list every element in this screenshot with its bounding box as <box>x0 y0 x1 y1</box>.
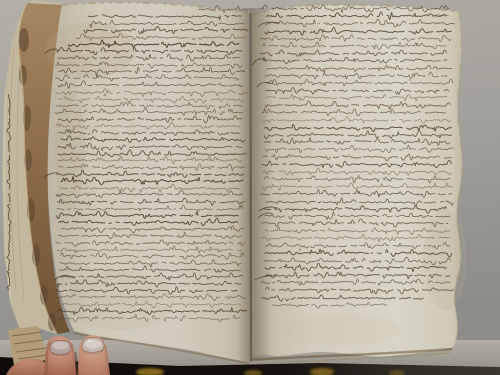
scene-canvas <box>0 0 500 375</box>
manuscript-photo <box>0 0 500 375</box>
torn-spot <box>48 313 56 331</box>
book <box>2 0 467 365</box>
paper-stain <box>423 210 467 310</box>
fingernail-2-highlight <box>85 339 102 348</box>
paper-stain <box>280 314 400 346</box>
gutter-crease <box>251 13 252 361</box>
foxing-dot <box>409 79 411 81</box>
fingernail-2-speck <box>88 340 91 343</box>
fingernail-1-highlight <box>53 342 69 350</box>
torn-spot <box>19 28 29 52</box>
paper-stain <box>55 90 85 210</box>
foxing-dot <box>299 249 301 251</box>
paper-stain <box>65 270 175 330</box>
foxing-dot <box>104 94 107 97</box>
